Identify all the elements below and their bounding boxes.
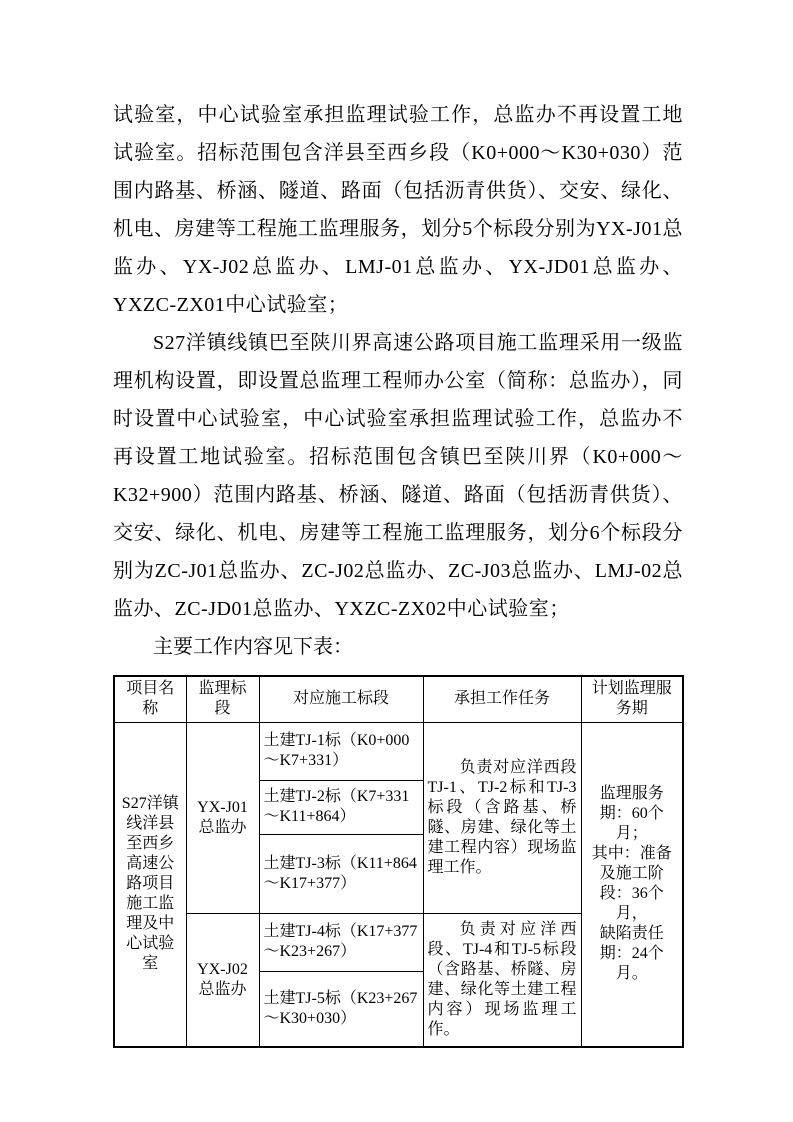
table-header-row: 项目名 称 监理标 段 对应施工标段 承担工作任务 计划监理服 务期 [114, 676, 683, 722]
document-content: 试验室，中心试验室承担监理试验工作，总监办不再设置工地试验室。招标范围包含洋县至… [113, 96, 683, 1048]
construction-section-cell-tj3: 土建TJ-3标（K11+864～K17+377） [259, 834, 423, 913]
document-page: 试验室，中心试验室承担监理试验工作，总监办不再设置工地试验室。招标范围包含洋县至… [0, 0, 793, 1122]
work-task-cell-yxj01: 负责对应洋西段TJ-1、TJ-2标和TJ-3标段（含路基、桥隧、房建、绿化等土建… [423, 722, 581, 913]
construction-section-cell-tj5: 土建TJ-5标（K23+267～K30+030） [259, 971, 423, 1047]
project-name-cell: S27洋镇 线洋县 至西乡 高速公 路项目 施工监 理及中 心试验 室 [114, 722, 186, 1047]
table-intro-line: 主要工作内容见下表： [113, 628, 683, 666]
paragraph-zhenba-shaanchuan-project: S27洋镇线镇巴至陕川界高速公路项目施工监理采用一级监理机构设置，即设置总监理工… [113, 324, 683, 628]
construction-section-cell-tj1: 土建TJ-1标（K0+000～K7+331） [259, 722, 423, 780]
work-content-table: 项目名 称 监理标 段 对应施工标段 承担工作任务 计划监理服 务期 S27洋镇… [113, 675, 684, 1048]
col-header-project-name: 项目名 称 [114, 676, 186, 722]
col-header-construction-section: 对应施工标段 [259, 676, 423, 722]
paragraph-lab-room-continuation: 试验室，中心试验室承担监理试验工作，总监办不再设置工地试验室。招标范围包含洋县至… [113, 96, 683, 324]
construction-section-cell-tj4: 土建TJ-4标（K17+377～K23+267） [259, 913, 423, 971]
supervision-office-cell-yxj02: YX-J02 总监办 [186, 913, 259, 1047]
table-row: S27洋镇 线洋县 至西乡 高速公 路项目 施工监 理及中 心试验 室 YX-J… [114, 722, 683, 780]
service-period-cell: 监理服务 期：60个月； 其中：准备 及施工阶 段：36个月， 缺陷责任 期：2… [581, 722, 683, 1047]
col-header-service-period: 计划监理服 务期 [581, 676, 683, 722]
col-header-work-task: 承担工作任务 [423, 676, 581, 722]
construction-section-cell-tj2: 土建TJ-2标（K7+331～K11+864） [259, 780, 423, 834]
supervision-office-cell-yxj01: YX-J01 总监办 [186, 722, 259, 913]
col-header-supervision-section: 监理标 段 [186, 676, 259, 722]
work-task-cell-yxj02: 负责对应洋西段、TJ-4和TJ-5标段（含路基、桥隧、房建、绿化等土建工程内容）… [423, 913, 581, 1047]
